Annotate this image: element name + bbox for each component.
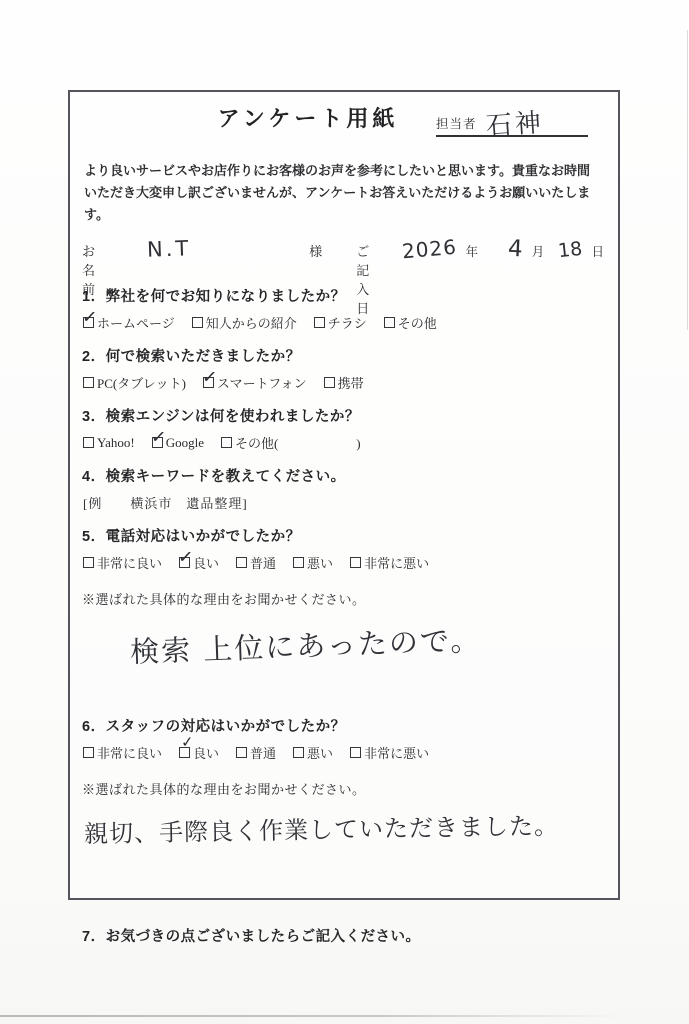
options-row: 非常に良い✓良い普通悪い非常に悪い xyxy=(83,743,604,762)
checkbox-unchecked xyxy=(83,377,94,388)
honorific-label: 様 xyxy=(309,241,322,260)
option-item: 携帯 xyxy=(324,373,364,392)
option-label: 非常に良い xyxy=(97,553,162,572)
handwritten-answer-row: 検索 上位にあったので。 xyxy=(82,608,604,701)
checkbox-unchecked xyxy=(293,557,304,568)
option-label: ホームページ xyxy=(97,313,175,332)
option-label: その他( ) xyxy=(235,433,361,452)
checkbox-checked: ✓ xyxy=(179,747,190,758)
option-label: Yahoo! xyxy=(97,435,135,451)
survey-form-border: アンケート用紙 担当者 石神 より良いサービスやお店作りにお客様のお声を参考にし… xyxy=(68,90,620,900)
option-item: 非常に悪い xyxy=(350,743,429,762)
question-q6: 6．スタッフの対応はいかがでしたか？非常に良い✓良い普通悪い非常に悪い※選ばれた… xyxy=(82,715,604,885)
option-label: 悪い xyxy=(307,553,333,572)
question-q7: 7．お気づきの点ございましたらご記入ください。 xyxy=(82,925,604,946)
checkbox-unchecked xyxy=(314,317,325,328)
checkbox-unchecked xyxy=(350,747,361,758)
option-item: ✓スマートフォン xyxy=(203,373,307,392)
option-item: ✓Google xyxy=(152,435,204,451)
option-label: スマートフォン xyxy=(217,373,307,392)
option-item: その他 xyxy=(384,313,437,332)
checkbox-unchecked xyxy=(384,317,395,328)
questions-container: 1．弊社を何でお知りになりましたか？✓ホームページ知人からの紹介チラシその他2．… xyxy=(82,285,604,946)
checkbox-unchecked xyxy=(83,747,94,758)
checkbox-unchecked xyxy=(236,557,247,568)
question-q3: 3．検索エンジンは何を使われましたか？Yahoo!✓Googleその他( ) xyxy=(82,405,604,452)
name-value-handwritten: N.T xyxy=(147,237,192,263)
handwritten-answer-row: 親切、手際良く作業していただきました。 xyxy=(82,798,604,885)
option-label: その他 xyxy=(398,313,437,332)
option-item: 非常に良い xyxy=(83,553,162,572)
options-row: PC(タブレット)✓スマートフォン携帯 xyxy=(83,373,604,392)
question-heading: 6．スタッフの対応はいかがでしたか？ xyxy=(82,715,604,736)
checkbox-unchecked xyxy=(192,317,203,328)
checkbox-unchecked xyxy=(83,557,94,568)
handwritten-answer: 親切、手際良く作業していただきました。 xyxy=(84,806,560,849)
question-heading: 4．検索キーワードを教えてください。 xyxy=(82,465,604,486)
question-heading: 1．弊社を何でお知りになりましたか？ xyxy=(82,285,604,306)
option-label: PC(タブレット) xyxy=(97,373,186,392)
date-day-handwritten: 18 xyxy=(557,238,583,262)
day-unit-label: 日 xyxy=(591,242,604,260)
option-item: 非常に良い xyxy=(83,743,162,762)
option-item: ✓良い xyxy=(179,743,219,762)
checkbox-unchecked xyxy=(324,377,335,388)
option-label: 非常に良い xyxy=(97,743,162,762)
scanned-survey-page: アンケート用紙 担当者 石神 より良いサービスやお店作りにお客様のお声を参考にし… xyxy=(0,0,689,1024)
checkbox-checked: ✓ xyxy=(83,317,94,328)
option-item: 普通 xyxy=(236,553,276,572)
checkmark-icon: ✓ xyxy=(201,369,218,388)
option-item: チラシ xyxy=(314,313,367,332)
question-q4: 4．検索キーワードを教えてください。[例 横浜市 遺品整理] xyxy=(82,465,604,512)
question-heading: 7．お気づきの点ございましたらご記入ください。 xyxy=(82,925,604,946)
checkmark-icon: ✓ xyxy=(177,549,194,568)
question-heading: 3．検索エンジンは何を使われましたか？ xyxy=(82,405,604,426)
example-text: [例 横浜市 遺品整理] xyxy=(83,493,604,512)
option-item: 非常に悪い xyxy=(350,553,429,572)
intro-text: より良いサービスやお店作りにお客様のお声を参考にしたいと思います。貴重なお時間い… xyxy=(84,160,602,226)
option-item: ✓良い xyxy=(179,553,219,572)
checkbox-unchecked xyxy=(293,747,304,758)
checkbox-checked: ✓ xyxy=(152,437,163,448)
option-item: 悪い xyxy=(293,743,333,762)
date-month-handwritten: 4 xyxy=(507,236,523,263)
option-label: Google xyxy=(166,435,204,451)
month-unit-label: 月 xyxy=(532,242,545,260)
year-unit-label: 年 xyxy=(466,242,479,260)
option-label: 良い xyxy=(193,553,219,572)
checkbox-checked: ✓ xyxy=(179,557,190,568)
form-header: アンケート用紙 担当者 石神 xyxy=(82,102,604,152)
option-item: 知人からの紹介 xyxy=(192,313,297,332)
option-label: 良い xyxy=(193,743,219,762)
option-label: 携帯 xyxy=(338,373,364,392)
question-q1: 1．弊社を何でお知りになりましたか？✓ホームページ知人からの紹介チラシその他 xyxy=(82,285,604,332)
reason-note: ※選ばれた具体的な理由をお聞かせください。 xyxy=(82,589,604,608)
checkmark-icon: ✓ xyxy=(81,309,98,328)
name-date-row: お名前 N.T 様 ご記入日 2026 年 4 月 18 日 xyxy=(82,236,604,272)
staff-name-handwritten: 石神 xyxy=(485,110,545,140)
question-q5: 5．電話対応はいかがでしたか？非常に良い✓良い普通悪い非常に悪い※選ばれた具体的… xyxy=(82,525,604,701)
checkmark-icon: ✓ xyxy=(181,735,195,751)
options-row: 非常に良い✓良い普通悪い非常に悪い xyxy=(83,553,604,572)
option-item: PC(タブレット) xyxy=(83,373,186,392)
handwritten-answer: 検索 上位にあったので。 xyxy=(129,618,482,671)
question-heading: 2．何で検索いただきましたか？ xyxy=(82,345,604,366)
options-row: Yahoo!✓Googleその他( ) xyxy=(83,433,604,452)
checkbox-unchecked xyxy=(83,437,94,448)
option-item: 普通 xyxy=(236,743,276,762)
checkbox-unchecked xyxy=(221,437,232,448)
question-heading: 5．電話対応はいかがでしたか？ xyxy=(82,525,604,546)
option-item: 悪い xyxy=(293,553,333,572)
reason-note: ※選ばれた具体的な理由をお聞かせください。 xyxy=(82,779,604,798)
checkbox-unchecked xyxy=(350,557,361,568)
staff-label: 担当者 xyxy=(436,114,477,135)
option-label: 非常に悪い xyxy=(364,743,429,762)
option-label: 知人からの紹介 xyxy=(206,313,297,332)
option-label: 悪い xyxy=(307,743,333,762)
checkmark-icon: ✓ xyxy=(150,429,167,448)
checkbox-unchecked xyxy=(236,747,247,758)
question-q2: 2．何で検索いただきましたか？PC(タブレット)✓スマートフォン携帯 xyxy=(82,345,604,392)
option-item: その他( ) xyxy=(221,433,361,452)
option-label: 非常に悪い xyxy=(364,553,429,572)
option-item: ✓ホームページ xyxy=(83,313,175,332)
scan-edge-artifact-right xyxy=(687,30,688,330)
staff-field: 担当者 石神 xyxy=(436,112,588,137)
options-row: ✓ホームページ知人からの紹介チラシその他 xyxy=(83,313,604,332)
option-label: チラシ xyxy=(328,313,367,332)
option-item: Yahoo! xyxy=(83,435,135,451)
date-year-handwritten: 2026 xyxy=(401,235,458,264)
option-label: 普通 xyxy=(250,553,276,572)
scan-edge-artifact xyxy=(0,1015,625,1017)
checkbox-checked: ✓ xyxy=(203,377,214,388)
option-label: 普通 xyxy=(250,743,276,762)
